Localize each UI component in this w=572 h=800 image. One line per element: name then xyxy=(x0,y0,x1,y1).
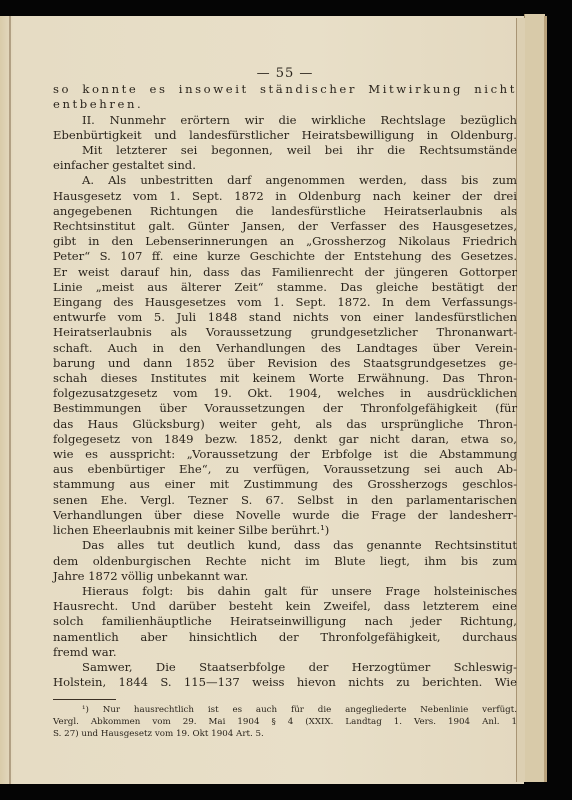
text-line: II. Nunmehr erörtern wir die wirkliche R… xyxy=(53,113,517,128)
text-line: Hausgesetz vom 1. Sept. 1872 in Oldenbur… xyxy=(53,189,517,204)
text-line: Ebenbürtigkeit und landesfürstlicher Hei… xyxy=(53,128,517,143)
text-line: dem oldenburgischen Rechte nicht im Blut… xyxy=(53,554,517,569)
text-line: barung und dann 1852 über Revision des S… xyxy=(53,356,517,371)
text-line: Peter“ S. 107 ff. eine kurze Geschichte … xyxy=(53,249,517,264)
text-line: folgegesetz von 1849 bezw. 1852, denkt g… xyxy=(53,432,517,447)
text-line: Linie „meist aus älterer Zeit“ stamme. D… xyxy=(53,280,517,295)
page-number: — 55 — xyxy=(53,66,517,81)
text-line: namentlich aber hinsichtlich der Thronfo… xyxy=(53,630,517,645)
text-line: A. Als unbestritten darf angenommen werd… xyxy=(53,173,517,188)
text-line: Er weist darauf hin, dass das Familienre… xyxy=(53,265,517,280)
body-text: so konnte es insoweit ständischer Mitwir… xyxy=(53,82,517,690)
text-line: aus ebenbürtiger Ehe“, zu verfügen, Vora… xyxy=(53,462,517,477)
text-line: Rechtsinstitut galt. Günter Jansen, der … xyxy=(53,219,517,234)
text-line: entbehren. xyxy=(53,97,517,112)
text-line: schaft. Auch in den Verhandlungen des La… xyxy=(53,341,517,356)
text-line: Bestimmungen über Voraussetzungen der Th… xyxy=(53,401,517,416)
page-edge-shadow xyxy=(544,16,547,782)
footnote-line: ¹) Nur hausrechtlich ist es auch für die… xyxy=(53,705,517,717)
text-line: Verhandlungen über diese Novelle wurde d… xyxy=(53,508,517,523)
text-line: so konnte es insoweit ständischer Mitwir… xyxy=(53,82,517,97)
text-line: folgezusatzgesetz vom 19. Okt. 1904, wel… xyxy=(53,386,517,401)
text-line: fremd war. xyxy=(53,645,517,660)
text-line: schah dieses Institutes mit keinem Worte… xyxy=(53,371,517,386)
text-line: stammung aus einer mit Zustimmung des Gr… xyxy=(53,477,517,492)
text-line: senen Ehe. Vergl. Tezner S. 67. Selbst i… xyxy=(53,493,517,508)
page-text-block: — 55 — so konnte es insoweit ständischer… xyxy=(53,66,517,740)
text-line: das Haus Glücksburg) weiter geht, als da… xyxy=(53,417,517,432)
text-line: angegebenen Richtungen die landesfürstli… xyxy=(53,204,517,219)
footnote-line: S. 27) und Hausgesetz vom 19. Okt 1904 A… xyxy=(53,729,517,741)
text-line: lichen Eheerlaubnis mit keiner Silbe ber… xyxy=(53,523,517,538)
text-line: Eingang des Hausgesetzes vom 1. Sept. 18… xyxy=(53,295,517,310)
text-line: Holstein, 1844 S. 115—137 weiss hievon n… xyxy=(53,675,517,690)
text-line: Hausrecht. Und darüber besteht kein Zwei… xyxy=(53,599,517,614)
text-line: solch familienhäuptliche Heiratseinwilli… xyxy=(53,614,517,629)
text-line: gibt in den Lebenserinnerungen an „Gross… xyxy=(53,234,517,249)
text-line: Jahre 1872 völlig unbekannt war. xyxy=(53,569,517,584)
gutter-fold xyxy=(9,16,11,784)
text-line: Das alles tut deutlich kund, dass das ge… xyxy=(53,538,517,553)
footnote-line: Vergl. Abkommen vom 29. Mai 1904 § 4 (XX… xyxy=(53,717,517,729)
text-line: Hieraus folgt: bis dahin galt für unsere… xyxy=(53,584,517,599)
page-edge-stack xyxy=(524,14,545,782)
footnote-separator xyxy=(53,699,116,700)
text-line: Heiratserlaubnis als Voraussetzung grund… xyxy=(53,325,517,340)
text-line: entwurfe vom 5. Juli 1848 stand nichts v… xyxy=(53,310,517,325)
page-edge xyxy=(516,18,525,782)
text-line: wie es ausspricht: „Voraussetzung der Er… xyxy=(53,447,517,462)
footnote: ¹) Nur hausrechtlich ist es auch für die… xyxy=(53,705,517,740)
text-line: Mit letzterer sei begonnen, weil bei ihr… xyxy=(53,143,517,158)
text-line: einfacher gestaltet sind. xyxy=(53,158,517,173)
text-line: Samwer, Die Staatserbfolge der Herzogtüm… xyxy=(53,660,517,675)
